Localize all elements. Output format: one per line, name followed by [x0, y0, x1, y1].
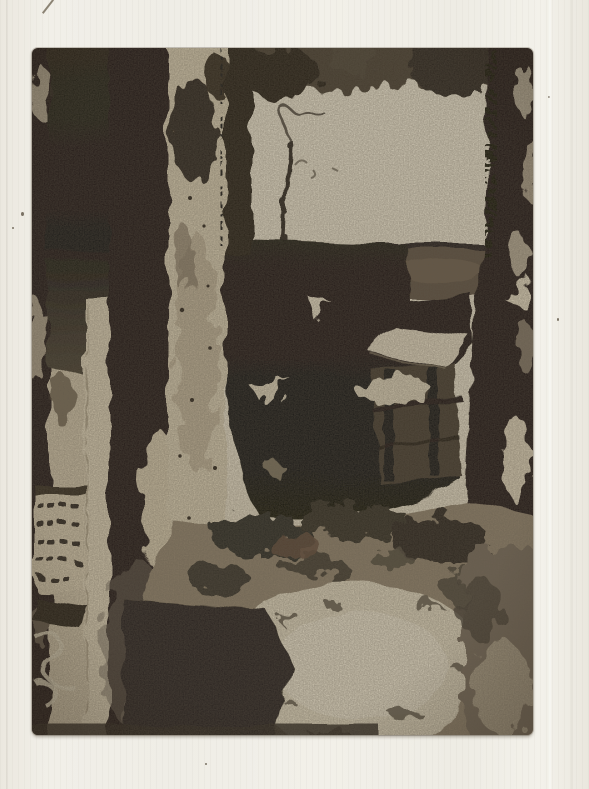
mat-speck — [205, 763, 207, 765]
mat-speck — [557, 318, 559, 321]
mat-speck — [12, 227, 14, 229]
photo-mount-mat — [0, 0, 589, 789]
mat-scratch-mark — [42, 0, 54, 14]
photo-canvas — [32, 48, 533, 735]
mat-speck — [548, 96, 550, 98]
mat-speck — [21, 212, 24, 216]
burned-room-photograph — [32, 48, 533, 735]
vignette-overlay — [32, 48, 533, 735]
